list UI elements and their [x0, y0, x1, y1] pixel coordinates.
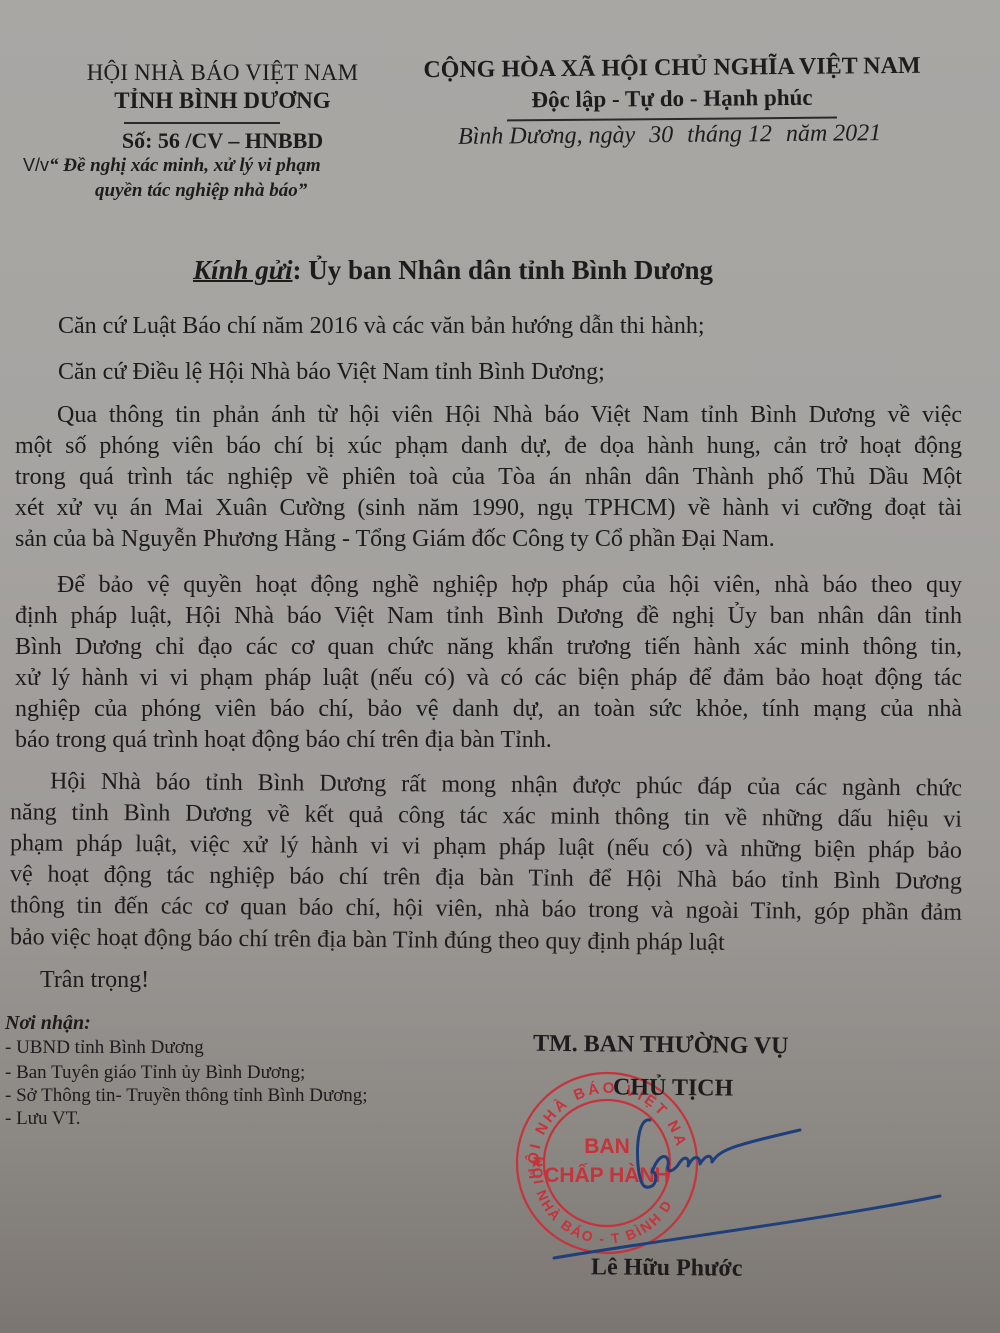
paragraph-line: báo trong quá trình hoạt động báo chí tr…: [15, 725, 552, 756]
paragraph-line: xét xử vụ án Mai Xuân Cường (sinh năm 19…: [15, 493, 962, 524]
paragraph-line: xử lý hành vi vi phạm pháp luật (nếu có)…: [15, 663, 962, 694]
legal-basis-2: Căn cứ Điều lệ Hội Nhà báo Việt Nam tỉnh…: [58, 357, 605, 388]
date-place: Bình Dương, ngày: [458, 122, 635, 150]
salutation-label: Kính gửi: [193, 255, 292, 285]
recipient-item: - Ban Tuyên giáo Tỉnh ủy Bình Dương;: [5, 1062, 305, 1084]
paragraph-line: trong quá trình tác nghiệp về phiên toà …: [15, 462, 962, 493]
recipient-item: - Sở Thông tin- Truyền thông tỉnh Bình D…: [5, 1085, 368, 1107]
subject-prefix: V/v: [23, 155, 49, 175]
date-day: 30: [649, 122, 673, 148]
salutation-recipient: : Ủy ban Nhân dân tỉnh Bình Dương: [292, 255, 713, 285]
signatory-position: CHỦ TỊCH: [613, 1074, 734, 1102]
document-subject-line-1: V/v“ Đề nghị xác minh, xử lý vi phạm: [23, 155, 321, 177]
signatory-body: TM. BAN THƯỜNG VỤ: [533, 1031, 789, 1061]
closing-remark: Trân trọng!: [40, 965, 149, 996]
document-date: Bình Dương, ngày 30 tháng 12 năm 2021: [458, 120, 881, 151]
document-subject-line-2: quyền tác nghiệp nhà báo”: [95, 180, 307, 202]
paragraph-line: Bình Dương chỉ đạo các cơ quan chức năng…: [15, 632, 962, 663]
handwritten-signature-icon: [540, 1110, 960, 1260]
legal-basis-1: Căn cứ Luật Báo chí năm 2016 và các văn …: [58, 311, 705, 342]
issuing-organization-branch: TỈNH BÌNH DƯƠNG: [80, 88, 365, 114]
national-motto: Độc lập - Tự do - Hạnh phúc: [412, 84, 932, 115]
date-month: 12: [748, 121, 772, 147]
date-year: 2021: [833, 120, 881, 146]
paragraph-line: Để bảo vệ quyền hoạt động nghề nghiệp hợ…: [57, 570, 962, 601]
issuing-organization: HỘI NHÀ BÁO VIỆT NAM: [80, 60, 365, 86]
header-divider-left: [124, 122, 280, 124]
paragraph-line: bảo việc hoạt động báo chí trên địa bàn …: [10, 922, 725, 959]
subject-text-1: “ Đề nghị xác minh, xử lý vi phạm: [49, 155, 321, 176]
recipient-item: - Lưu VT.: [5, 1108, 81, 1130]
national-title: CỘNG HÒA XÃ HỘI CHỦ NGHĨA VIỆT NAM: [412, 53, 932, 85]
date-year-label: năm: [786, 121, 828, 147]
salutation: Kính gửi: Ủy ban Nhân dân tỉnh Bình Dươn…: [193, 255, 713, 286]
paragraph-line: một số phóng viên báo chí bị xúc phạm da…: [15, 431, 962, 462]
paragraph-line: Qua thông tin phản ánh từ hội viên Hội N…: [57, 400, 962, 431]
date-month-label: tháng: [687, 121, 742, 147]
official-letter: HỘI NHÀ BÁO VIỆT NAM TỈNH BÌNH DƯƠNG Số:…: [0, 0, 1000, 1333]
paragraph-line: định pháp luật, Hội Nhà báo Việt Nam tỉn…: [15, 601, 962, 632]
paragraph-line: sản của bà Nguyễn Phương Hằng - Tổng Giá…: [15, 524, 775, 555]
recipient-item: - UBND tỉnh Bình Dương: [5, 1037, 204, 1059]
paragraph-line: nghiệp của phóng viên báo chí, bảo vệ da…: [15, 694, 962, 725]
recipients-title: Nơi nhận:: [5, 1012, 91, 1035]
document-number: Số: 56 /CV – HNBBD: [80, 128, 365, 154]
